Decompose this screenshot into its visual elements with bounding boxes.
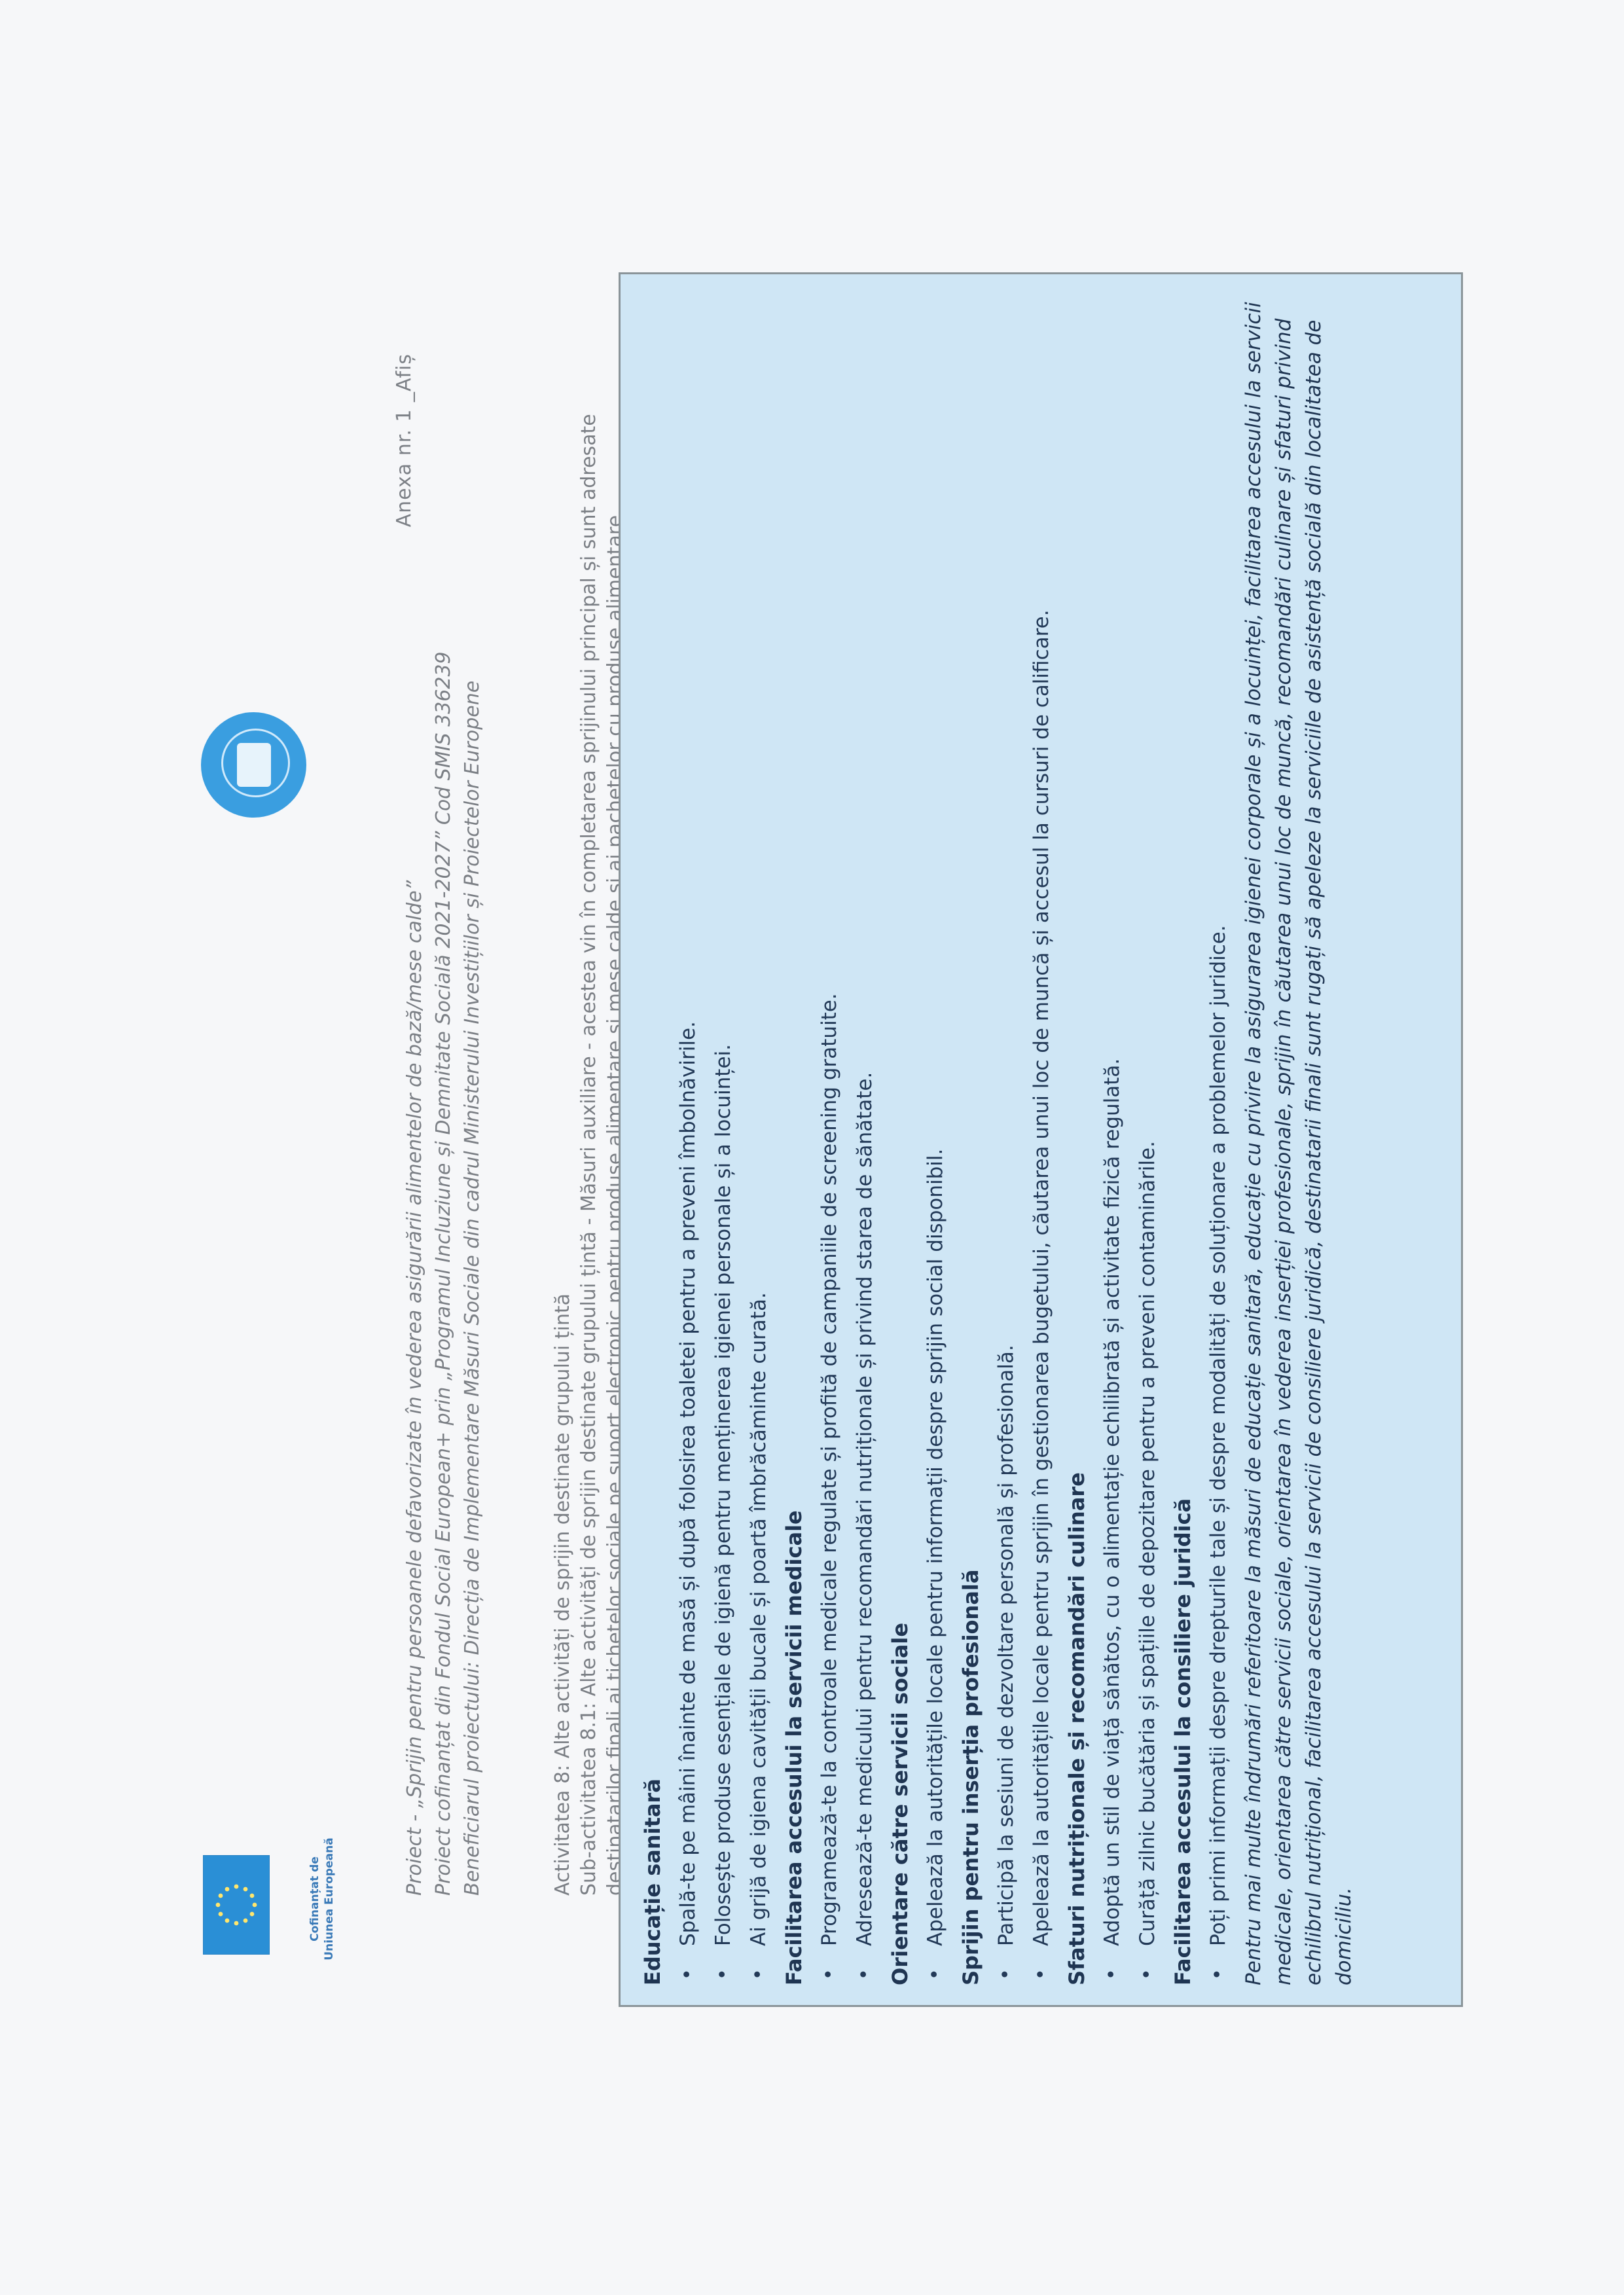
bullet-icon: •	[1024, 1968, 1059, 1980]
bullet-icon: •	[918, 1968, 953, 1980]
list-item-text: Curăță zilnic bucătăria și spațiile de d…	[1136, 1141, 1159, 1946]
project-beneficiary: Beneficiarul proiectului: Direcția de Im…	[458, 390, 487, 1896]
section-title: Sprijin pentru inserția profesională	[953, 294, 988, 1985]
list-item-text: Programează-te la controale medicale reg…	[818, 993, 841, 1946]
list-item-text: Adoptă un stil de viață sănătos, cu o al…	[1100, 1058, 1124, 1946]
footer-note: Pentru mai multe îndrumări referitoare l…	[1238, 294, 1359, 1985]
activity-line-2: Sub-activitatea 8.1: Alte activități de …	[576, 338, 602, 1896]
list-item-text: Ai grijă de igiena cavității bucale și p…	[747, 1292, 770, 1946]
list-item: •Poți primi informații despre drepturile…	[1200, 294, 1236, 1985]
bullet-icon: •	[847, 1968, 882, 1980]
list-item-text: Participă la sesiuni de dezvoltare perso…	[994, 1345, 1018, 1946]
list-item-text: Spală-te pe mâini înainte de masă și dup…	[676, 1021, 700, 1946]
list-item: •Participă la sesiuni de dezvoltare pers…	[988, 294, 1024, 1985]
list-item-text: Adresează-te medicului pentru recomandăr…	[853, 1072, 876, 1946]
activity-description: Activitatea 8: Alte activități de spriji…	[550, 338, 628, 1896]
list-item: •Folosește produse esențiale de igienă p…	[706, 294, 741, 1985]
list-item: •Adoptă un stil de viață sănătos, cu o a…	[1094, 294, 1130, 1985]
list-item: •Programează-te la controale medicale re…	[812, 294, 847, 1985]
bullet-icon: •	[1094, 1968, 1130, 1980]
section-title: Sfaturi nutriționale și recomandări culi…	[1059, 294, 1094, 1985]
guvernul-romaniei-seal-icon	[203, 714, 304, 816]
list-item: •Apelează la autoritățile locale pentru …	[1024, 294, 1059, 1985]
list-item-text: Poți primi informații despre drepturile …	[1206, 925, 1230, 1946]
info-box: Educație sanitară•Spală-te pe mâini înai…	[619, 272, 1463, 2007]
list-item: •Adresează-te medicului pentru recomandă…	[847, 294, 882, 1985]
eu-flag-icon	[203, 1855, 270, 1955]
list-item: •Spală-te pe mâini înainte de masă și du…	[670, 294, 706, 1985]
section-title: Orientare către servicii sociale	[882, 294, 918, 1985]
bullet-icon: •	[988, 1968, 1024, 1980]
project-cofinanced: Proiect cofinanțat din Fondul Social Eur…	[429, 390, 458, 1896]
sections-list: Educație sanitară•Spală-te pe mâini înai…	[635, 294, 1236, 1985]
bullet-icon: •	[1130, 1968, 1165, 1980]
section-title: Educație sanitară	[635, 294, 670, 1985]
section-title: Facilitarea accesului la consiliere juri…	[1165, 294, 1200, 1985]
list-item-text: Apelează la autoritățile locale pentru i…	[924, 1149, 947, 1946]
list-item: •Ai grijă de igiena cavității bucale și …	[741, 294, 776, 1985]
project-header: Proiect - „Sprijin pentru persoanele def…	[401, 390, 487, 1896]
eu-caption-line2: Uniunea Europeană	[322, 1834, 336, 1964]
eu-stars-icon	[204, 1856, 269, 1954]
bullet-icon: •	[812, 1968, 847, 1980]
list-item-text: Folosește produse esențiale de igienă pe…	[712, 1044, 735, 1946]
list-item-text: Apelează la autoritățile locale pentru s…	[1030, 609, 1053, 1946]
coat-of-arms-icon	[237, 743, 271, 787]
bullet-icon: •	[741, 1968, 776, 1980]
eu-caption-line1: Cofinanțat de	[308, 1834, 322, 1964]
project-title: Proiect - „Sprijin pentru persoanele def…	[401, 390, 429, 1896]
activity-line-1: Activitatea 8: Alte activități de spriji…	[550, 338, 576, 1896]
bullet-icon: •	[706, 1968, 741, 1980]
bullet-icon: •	[1200, 1968, 1236, 1980]
document-page: Anexa nr. 1 _Afiș Cofinanțat de Uniunea …	[0, 0, 1624, 2295]
eu-caption: Cofinanțat de Uniunea Europeană	[308, 1834, 336, 1964]
bullet-icon: •	[670, 1968, 706, 1980]
list-item: •Curăță zilnic bucătăria și spațiile de …	[1130, 294, 1165, 1985]
list-item: •Apelează la autoritățile locale pentru …	[918, 294, 953, 1985]
section-title: Facilitarea accesului la servicii medica…	[776, 294, 812, 1985]
